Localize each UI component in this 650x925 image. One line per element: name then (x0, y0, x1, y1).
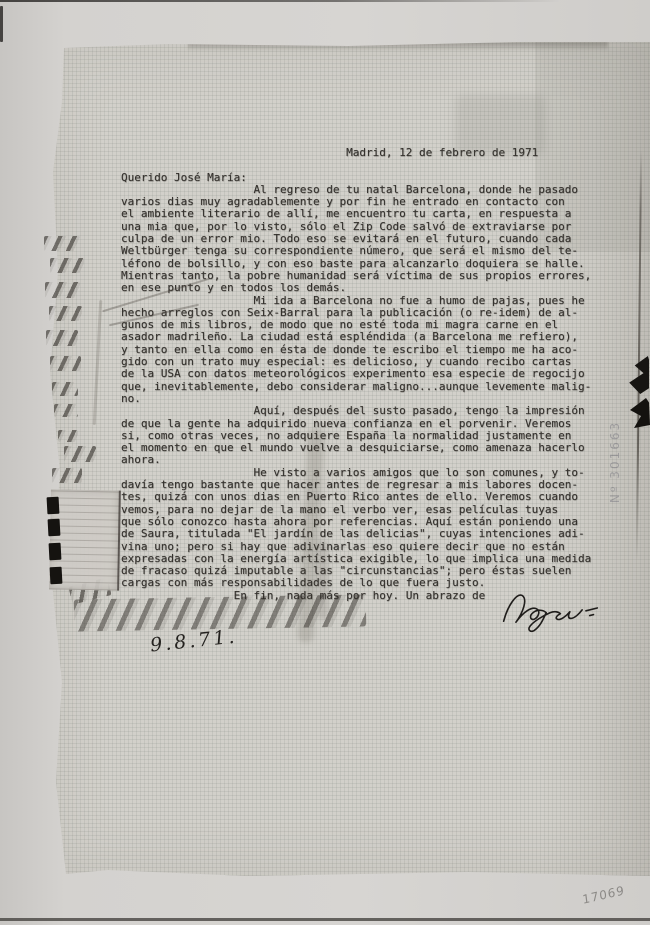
ink-smudge (455, 95, 545, 155)
tape-tab-mark (49, 543, 62, 561)
tape-tab-mark (50, 567, 63, 585)
scan-top-edge (0, 0, 560, 2)
hatch-tape-mark (50, 356, 81, 371)
hatch-tape-mark (44, 236, 80, 251)
hatch-tape-mark (45, 282, 80, 298)
hatch-tape-mark (52, 382, 78, 396)
hatch-tape-mark (54, 404, 78, 417)
tape-tab-mark (47, 497, 60, 515)
scan-left-streak (0, 6, 3, 42)
hatch-tape-strip (74, 594, 367, 631)
archive-stamp: Nº 301663 (608, 407, 622, 517)
hatch-tape-mark (58, 430, 78, 442)
hatch-tape-mark (49, 306, 82, 321)
tape-tab-mark (48, 519, 61, 537)
archive-number: 17069 (582, 883, 626, 907)
hatch-tape-mark (64, 446, 96, 462)
letter-scan: Madrid, 12 de febrero de 1971 Querido Jo… (0, 0, 650, 925)
hatch-tape-mark (52, 468, 82, 483)
letter-body: Madrid, 12 de febrero de 1971 Querido Jo… (121, 147, 591, 602)
hatch-tape-mark (46, 330, 78, 346)
signature-scribble (498, 583, 602, 633)
hatch-tape-mark (50, 258, 84, 273)
scan-bottom-edge (0, 918, 650, 921)
